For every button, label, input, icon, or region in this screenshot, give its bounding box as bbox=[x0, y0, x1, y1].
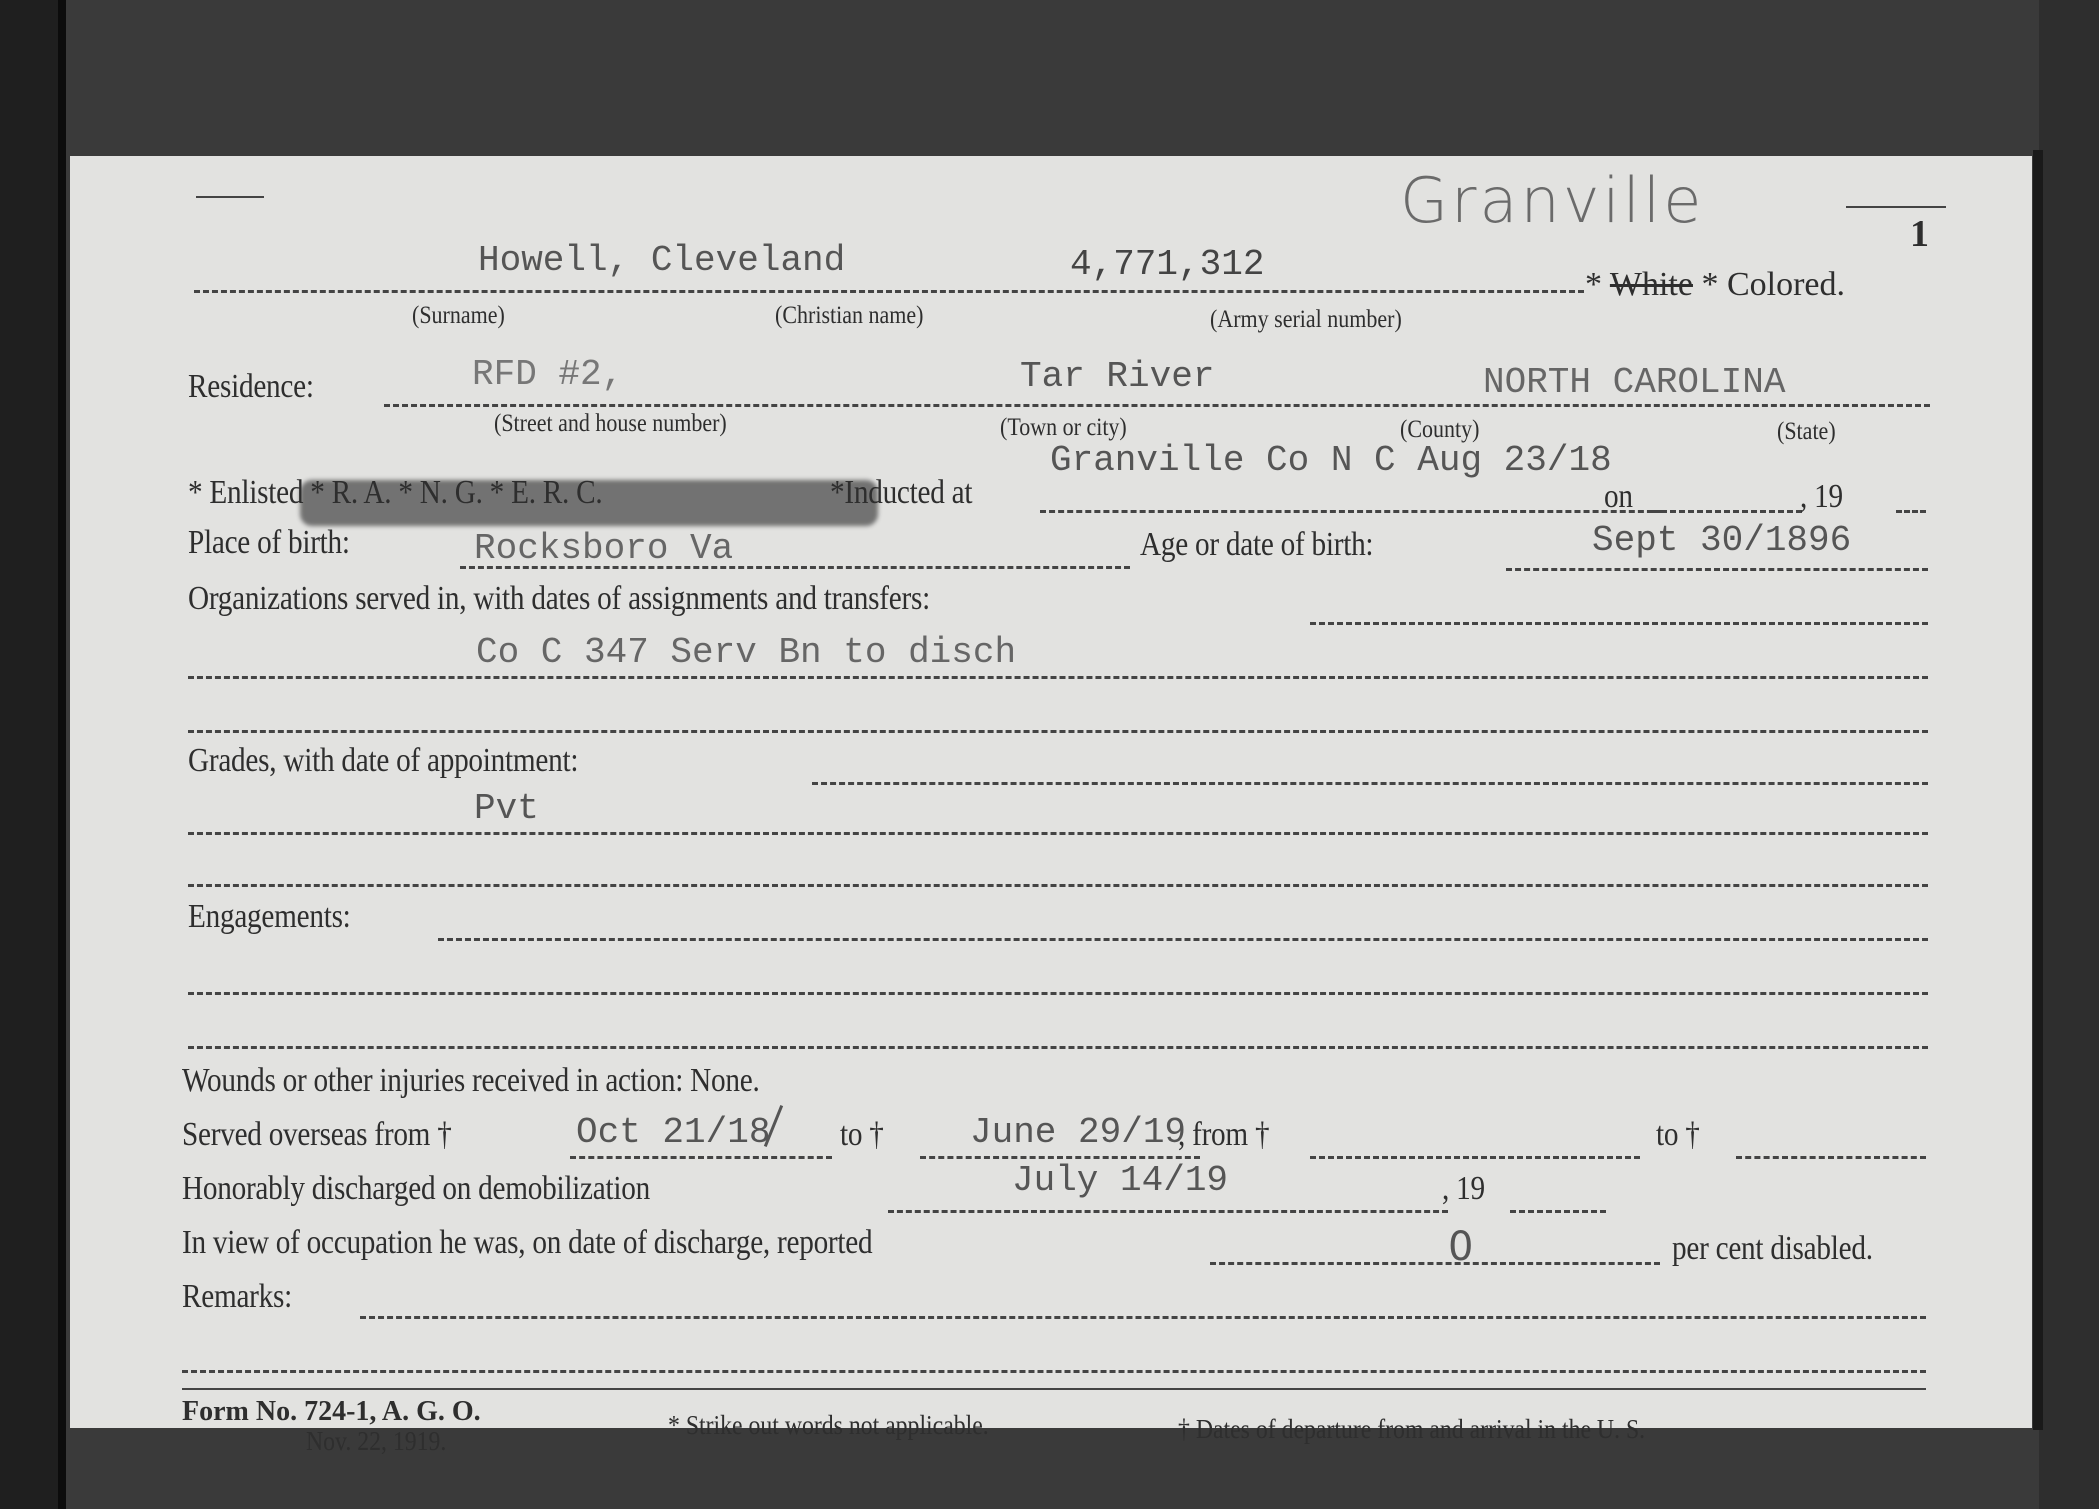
organizations-value: Co C 347 Serv Bn to disch bbox=[476, 632, 1016, 673]
service-record-card: Granville 1 Howell, Cleveland 4,771,312 … bbox=[70, 156, 2032, 1428]
date-of-birth-value: Sept 30/1896 bbox=[1592, 520, 1851, 561]
inducted-year-label: , 19 bbox=[1800, 478, 1843, 516]
form-date: Nov. 22, 1919. bbox=[306, 1426, 446, 1457]
town-label: (Town or city) bbox=[1000, 414, 1127, 442]
engagements-line-2 bbox=[188, 992, 1928, 995]
overseas-from-line bbox=[570, 1156, 832, 1159]
overseas-to2-line bbox=[1736, 1156, 1926, 1159]
grades-value: Pvt bbox=[474, 788, 539, 829]
organizations-label: Organizations served in, with dates of a… bbox=[188, 580, 930, 618]
grades-line-3 bbox=[188, 884, 1928, 887]
discharge-label: Honorably discharged on demobilization bbox=[182, 1170, 650, 1208]
overseas-to-label: to † bbox=[840, 1116, 884, 1154]
state-label: (State) bbox=[1777, 418, 1836, 446]
organizations-line-1 bbox=[1310, 622, 1928, 625]
name-line bbox=[194, 290, 1584, 293]
race-options: * White * Colored. bbox=[1585, 266, 1845, 304]
discharge-year-label: , 19 bbox=[1442, 1170, 1485, 1208]
place-of-birth-label: Place of birth: bbox=[188, 524, 350, 562]
wounds-label: Wounds or other injuries received in act… bbox=[182, 1062, 760, 1100]
overseas-to2-label: to † bbox=[1656, 1116, 1700, 1154]
grades-line-1 bbox=[812, 782, 1928, 785]
inducted-label: *Inducted at bbox=[830, 474, 972, 512]
grades-label: Grades, with date of appointment: bbox=[188, 742, 578, 780]
place-of-birth-value: Rocksboro Va bbox=[474, 528, 733, 569]
overseas-from2-line bbox=[1310, 1156, 1640, 1159]
discharge-year-line bbox=[1510, 1210, 1606, 1213]
organizations-line-2 bbox=[188, 676, 1928, 679]
disability-label: In view of occupation he was, on date of… bbox=[182, 1224, 872, 1262]
scan-border-right bbox=[2039, 0, 2099, 1509]
dagger-note: † Dates of departure from and arrival in… bbox=[1178, 1414, 1645, 1445]
organizations-line-3 bbox=[188, 730, 1928, 733]
remarks-line-1 bbox=[360, 1316, 1926, 1319]
overseas-to-value: June 29/19 bbox=[970, 1112, 1186, 1153]
county-handwritten: Granville bbox=[1400, 164, 1704, 237]
residence-line bbox=[384, 404, 1930, 407]
remarks-label: Remarks: bbox=[182, 1278, 292, 1316]
name-value: Howell, Cleveland bbox=[478, 240, 845, 281]
grades-line-2 bbox=[188, 832, 1928, 835]
residence-state: NORTH CAROLINA bbox=[1483, 362, 1785, 403]
overseas-label: Served overseas from † bbox=[182, 1116, 452, 1154]
residence-town: Tar River bbox=[1020, 356, 1214, 397]
race-white-struck: White bbox=[1610, 266, 1693, 303]
footer-rule bbox=[182, 1388, 1926, 1390]
on-label: on bbox=[1604, 478, 1633, 516]
discharge-value: July 14/19 bbox=[1012, 1160, 1228, 1201]
top-right-rule bbox=[1846, 206, 1946, 208]
date-of-birth-label: Age or date of birth: bbox=[1140, 526, 1373, 564]
strike-out-note: * Strike out words not applicable. bbox=[668, 1410, 989, 1441]
inducted-line bbox=[1040, 510, 1662, 513]
top-left-rule bbox=[196, 196, 264, 198]
disability-line bbox=[1210, 1262, 1660, 1265]
surname-label: (Surname) bbox=[412, 302, 505, 330]
scan-shadow-left bbox=[58, 0, 66, 1509]
serial-value: 4,771,312 bbox=[1070, 244, 1264, 285]
scan-border-left bbox=[0, 0, 58, 1509]
enlisted-options: * Enlisted * R. A. * N. G. * E. R. C. bbox=[188, 474, 602, 512]
remarks-line-2 bbox=[182, 1370, 1926, 1373]
inducted-value: Granville Co N C Aug 23/18 bbox=[1050, 440, 1612, 481]
street-label: (Street and house number) bbox=[494, 410, 727, 438]
disability-suffix: per cent disabled. bbox=[1672, 1230, 1873, 1268]
discharge-line bbox=[888, 1210, 1448, 1213]
on-date-line bbox=[1652, 510, 1802, 513]
overseas-from2-label: , from † bbox=[1178, 1116, 1269, 1154]
card-number: 1 bbox=[1910, 212, 1929, 256]
engagements-line-3 bbox=[188, 1046, 1928, 1049]
residence-label: Residence: bbox=[188, 368, 314, 406]
christian-name-label: (Christian name) bbox=[775, 302, 923, 330]
overseas-to-line bbox=[920, 1156, 1200, 1159]
race-colored: Colored. bbox=[1727, 266, 1845, 303]
overseas-from-value: Oct 21/18 bbox=[576, 1112, 770, 1153]
place-of-birth-line bbox=[460, 566, 1130, 569]
residence-street: RFD #2, bbox=[472, 354, 623, 395]
date-of-birth-line bbox=[1506, 568, 1928, 571]
scan-shadow-right bbox=[2033, 150, 2043, 1430]
form-number: Form No. 724-1, A. G. O. bbox=[182, 1396, 481, 1428]
serial-label: (Army serial number) bbox=[1210, 306, 1402, 334]
engagements-line-1 bbox=[438, 938, 1928, 941]
inducted-year-line bbox=[1896, 510, 1926, 513]
engagements-label: Engagements: bbox=[188, 898, 351, 936]
